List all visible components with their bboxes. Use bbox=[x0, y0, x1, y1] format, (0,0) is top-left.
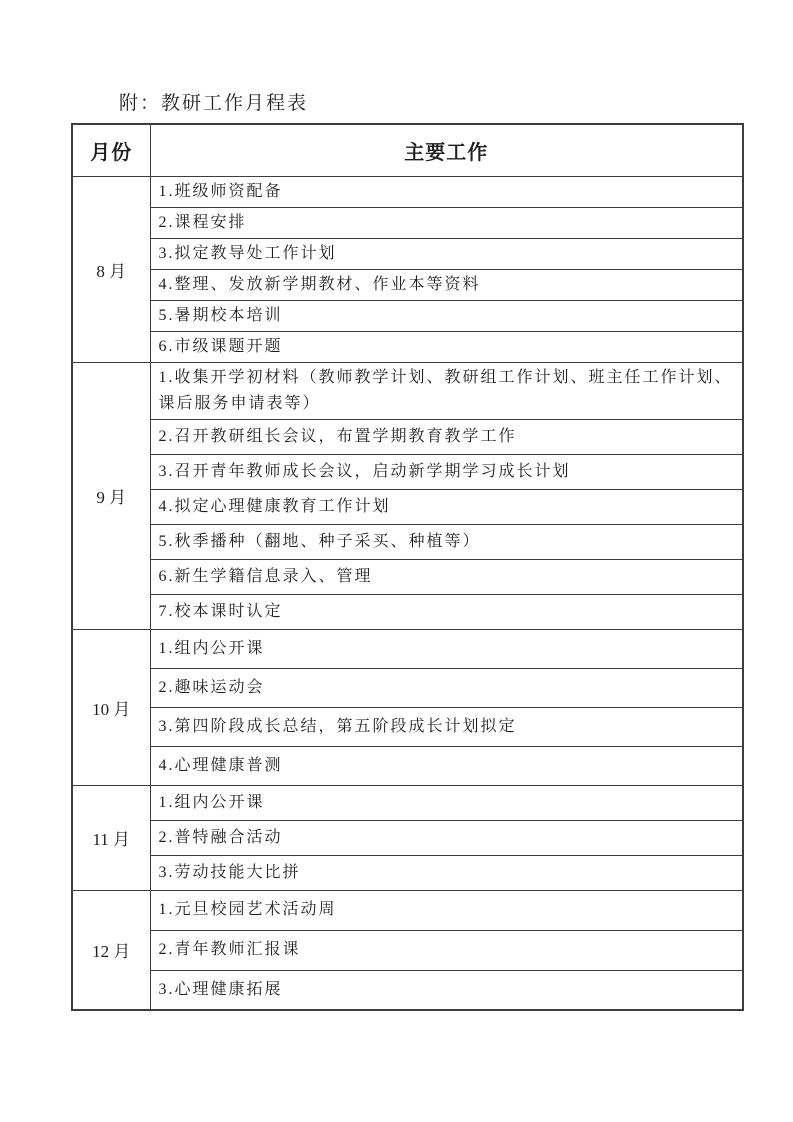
work-item: 1.班级师资配备 bbox=[150, 176, 743, 207]
table-row: 6.市级课题开题 bbox=[72, 331, 743, 362]
table-row: 9 月1.收集开学初材料（教师教学计划、教研组工作计划、班主任工作计划、课后服务… bbox=[72, 362, 743, 419]
month-cell: 9 月 bbox=[72, 362, 150, 629]
work-item: 2.青年教师汇报课 bbox=[150, 930, 743, 970]
table-row: 3.召开青年教师成长会议，启动新学期学习成长计划 bbox=[72, 454, 743, 489]
month-cell: 12 月 bbox=[72, 890, 150, 1010]
work-item: 4.拟定心理健康教育工作计划 bbox=[150, 489, 743, 524]
work-item: 1.元旦校园艺术活动周 bbox=[150, 890, 743, 930]
work-item: 6.市级课题开题 bbox=[150, 331, 743, 362]
work-item: 1.组内公开课 bbox=[150, 629, 743, 668]
month-cell: 10 月 bbox=[72, 629, 150, 785]
table-row: 8 月1.班级师资配备 bbox=[72, 176, 743, 207]
table-row: 7.校本课时认定 bbox=[72, 594, 743, 629]
work-item: 3.召开青年教师成长会议，启动新学期学习成长计划 bbox=[150, 454, 743, 489]
work-item: 7.校本课时认定 bbox=[150, 594, 743, 629]
work-item: 5.秋季播种（翻地、种子采买、种植等） bbox=[150, 524, 743, 559]
month-cell: 11 月 bbox=[72, 785, 150, 890]
table-row: 5.秋季播种（翻地、种子采买、种植等） bbox=[72, 524, 743, 559]
work-item: 1.收集开学初材料（教师教学计划、教研组工作计划、班主任工作计划、课后服务申请表… bbox=[150, 362, 743, 419]
month-cell: 8 月 bbox=[72, 176, 150, 362]
column-header-month: 月份 bbox=[72, 124, 150, 176]
document-page: 附：教研工作月程表 月份 主要工作 8 月1.班级师资配备2.课程安排3.拟定教… bbox=[0, 0, 793, 1122]
work-item: 3.心理健康拓展 bbox=[150, 970, 743, 1010]
work-item: 2.普特融合活动 bbox=[150, 820, 743, 855]
table-row: 4.整理、发放新学期教材、作业本等资料 bbox=[72, 269, 743, 300]
table-row: 11 月1.组内公开课 bbox=[72, 785, 743, 820]
monthly-schedule-table: 月份 主要工作 8 月1.班级师资配备2.课程安排3.拟定教导处工作计划4.整理… bbox=[71, 123, 744, 1011]
work-item: 1.组内公开课 bbox=[150, 785, 743, 820]
work-item: 4.心理健康普测 bbox=[150, 746, 743, 785]
table-header-row: 月份 主要工作 bbox=[72, 124, 743, 176]
table-row: 3.第四阶段成长总结，第五阶段成长计划拟定 bbox=[72, 707, 743, 746]
table-row: 3.劳动技能大比拼 bbox=[72, 855, 743, 890]
table-body: 8 月1.班级师资配备2.课程安排3.拟定教导处工作计划4.整理、发放新学期教材… bbox=[72, 176, 743, 1010]
work-item: 4.整理、发放新学期教材、作业本等资料 bbox=[150, 269, 743, 300]
page-title: 附：教研工作月程表 bbox=[119, 88, 308, 115]
table-row: 5.暑期校本培训 bbox=[72, 300, 743, 331]
table-row: 2.课程安排 bbox=[72, 207, 743, 238]
table-row: 3.心理健康拓展 bbox=[72, 970, 743, 1010]
work-item: 2.课程安排 bbox=[150, 207, 743, 238]
work-item: 2.趣味运动会 bbox=[150, 668, 743, 707]
table-row: 2.青年教师汇报课 bbox=[72, 930, 743, 970]
work-item: 3.劳动技能大比拼 bbox=[150, 855, 743, 890]
table-row: 3.拟定教导处工作计划 bbox=[72, 238, 743, 269]
work-item: 6.新生学籍信息录入、管理 bbox=[150, 559, 743, 594]
table-row: 4.心理健康普测 bbox=[72, 746, 743, 785]
work-item: 3.拟定教导处工作计划 bbox=[150, 238, 743, 269]
table-row: 2.趣味运动会 bbox=[72, 668, 743, 707]
work-item: 5.暑期校本培训 bbox=[150, 300, 743, 331]
table-row: 2.召开教研组长会议，布置学期教育教学工作 bbox=[72, 419, 743, 454]
column-header-work: 主要工作 bbox=[150, 124, 743, 176]
table-row: 4.拟定心理健康教育工作计划 bbox=[72, 489, 743, 524]
work-item: 2.召开教研组长会议，布置学期教育教学工作 bbox=[150, 419, 743, 454]
table-row: 6.新生学籍信息录入、管理 bbox=[72, 559, 743, 594]
table-row: 10 月1.组内公开课 bbox=[72, 629, 743, 668]
work-item: 3.第四阶段成长总结，第五阶段成长计划拟定 bbox=[150, 707, 743, 746]
table-row: 2.普特融合活动 bbox=[72, 820, 743, 855]
table-row: 12 月1.元旦校园艺术活动周 bbox=[72, 890, 743, 930]
